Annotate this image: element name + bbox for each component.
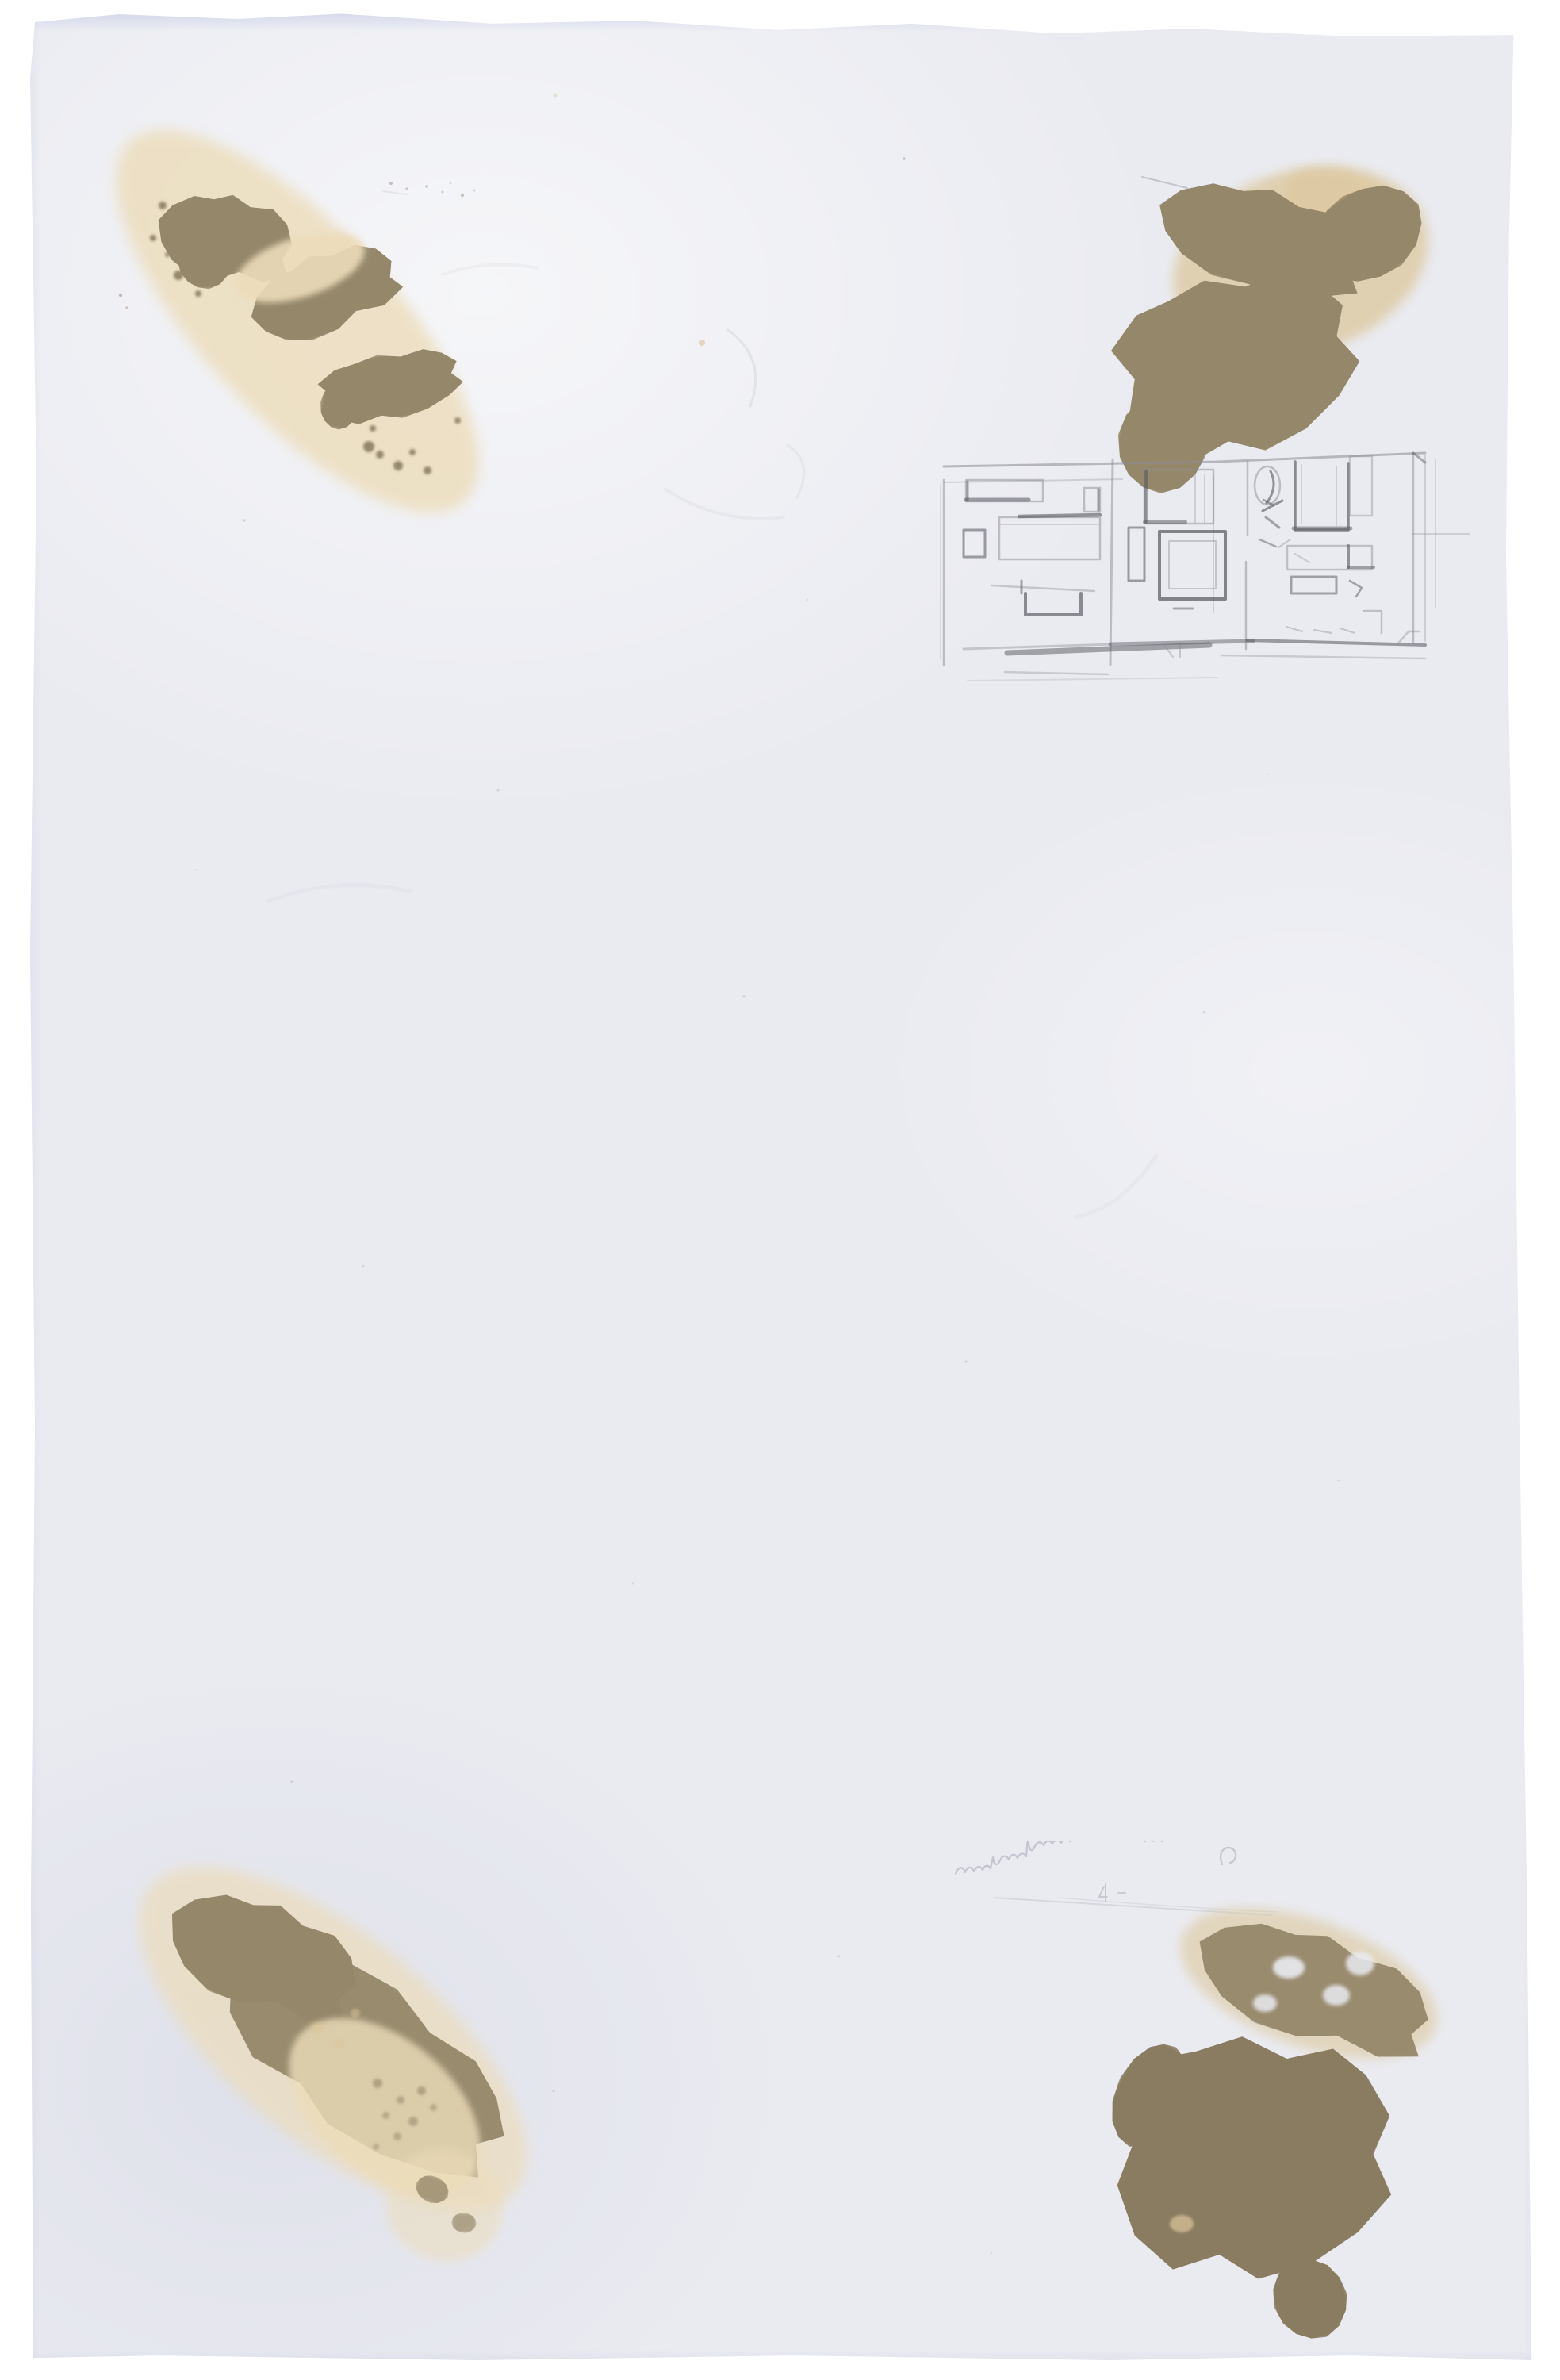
glue-stain-bottom-right: [1106, 1920, 1471, 2348]
glue-stain-top-right: [1102, 171, 1483, 520]
stain-hole: [1273, 1956, 1305, 1979]
stain-splatter-dot: [376, 451, 384, 459]
stain-splatter-dot: [393, 461, 403, 470]
stain-hole: [1253, 1994, 1277, 2012]
stain-texture-dot: [397, 2096, 404, 2104]
stain-splatter-dot: [159, 202, 167, 209]
stain-splatter-dot: [370, 425, 376, 432]
stain-splatter-dot: [409, 449, 416, 455]
plan-furniture-left-room: [964, 480, 1100, 615]
scan-background: [0, 0, 1560, 2380]
stain-splatter-dot: [363, 441, 374, 452]
stain-splatter-dot: [195, 290, 201, 297]
stain-texture-dot: [430, 2104, 437, 2111]
stain-texture-dot: [335, 2039, 345, 2048]
stain-texture-dot: [393, 2132, 401, 2140]
stain-texture-dot: [311, 2023, 324, 2034]
stain-splatter-dot: [150, 235, 156, 241]
inscription-figure-4: [1099, 1883, 1125, 1901]
inscription-capital-loop: [1221, 1848, 1236, 1864]
stain-hole: [1323, 1985, 1350, 2006]
stain-splatter-dot: [165, 252, 170, 257]
paper-sheet: [30, 13, 1535, 2363]
stain-hole: [1346, 1952, 1374, 1975]
stain-texture-dot: [373, 2144, 379, 2150]
stain-texture-dot: [382, 2112, 389, 2119]
stain-splatter-dot: [174, 271, 183, 280]
stain-texture-dot: [373, 2079, 382, 2088]
stain-texture-dot: [351, 2009, 360, 2017]
stain-splatter-dot: [454, 417, 461, 424]
stain-texture-dot: [417, 2086, 426, 2095]
glue-stain-bottom-left: [135, 1880, 579, 2293]
stain-texture-dot: [408, 2117, 418, 2126]
stain-texture-dot: [1170, 2215, 1194, 2232]
glue-stain-top-left: [119, 119, 634, 563]
stain-splatter-dot: [424, 466, 431, 474]
inscription-cursive-line: [956, 1841, 1162, 1874]
